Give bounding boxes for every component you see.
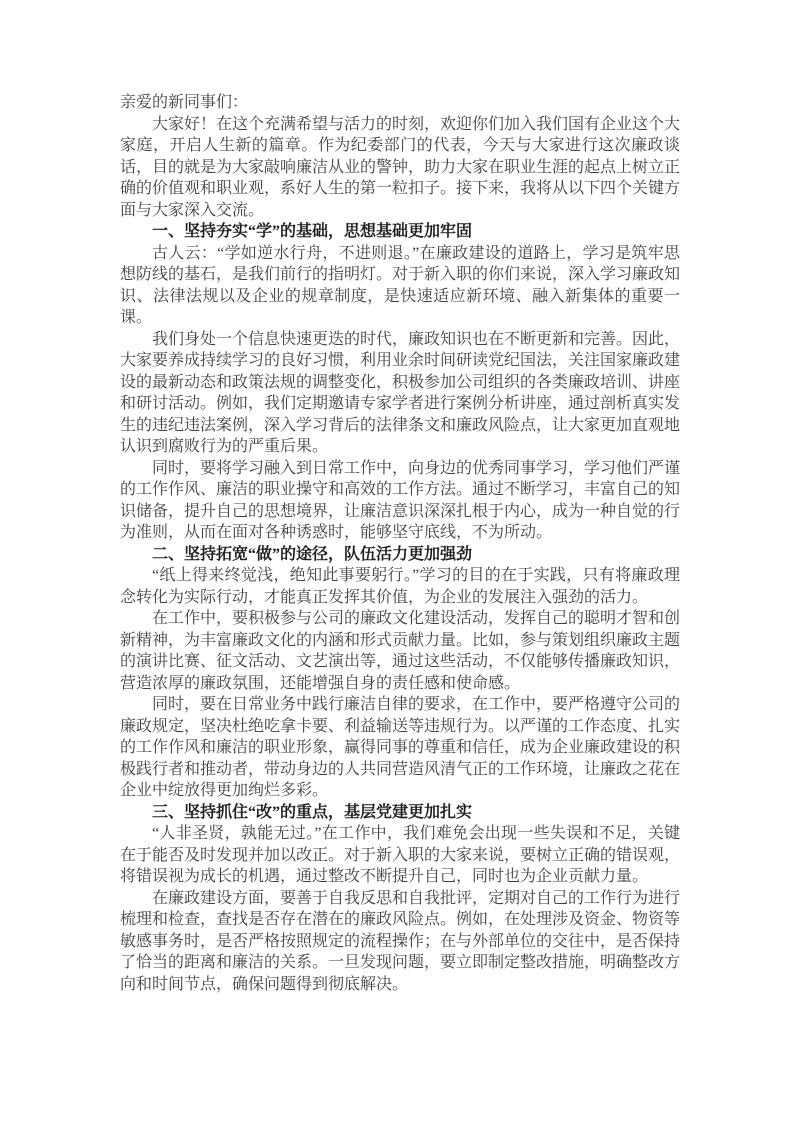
- section-1-paragraph-1: 古人云：“学如逆水行舟，不进则退。”在廉政建设的道路上，学习是筑牢思想防线的基石…: [120, 243, 680, 329]
- intro-paragraph: 大家好！在这个充满希望与活力的时刻，欢迎你们加入我们国有企业这个大家庭，开启人生…: [120, 114, 680, 222]
- document-body: 亲爱的新同事们： 大家好！在这个充满希望与活力的时刻，欢迎你们加入我们国有企业这…: [120, 92, 680, 995]
- salutation-line: 亲爱的新同事们：: [120, 92, 680, 114]
- section-1-heading: 一、坚持夯实“学”的基础，思想基础更加牢固: [120, 221, 680, 243]
- section-3-paragraph-1: “人非圣贤，孰能无过。”在工作中，我们难免会出现一些失误和不足，关键在于能否及时…: [120, 823, 680, 888]
- section-1-paragraph-3: 同时，要将学习融入到日常工作中，向身边的优秀同事学习，学习他们严谨的工作作风、廉…: [120, 458, 680, 544]
- section-2-paragraph-3: 同时，要在日常业务中践行廉洁自律的要求，在工作中，要严格遵守公司的廉政规定，坚决…: [120, 694, 680, 802]
- section-3-heading: 三、坚持抓住“改”的重点，基层党建更加扎实: [120, 802, 680, 824]
- section-3-paragraph-2: 在廉政建设方面，要善于自我反思和自我批评，定期对自己的工作行为进行梳理和检查，查…: [120, 888, 680, 996]
- section-1-paragraph-2: 我们身处一个信息快速更迭的时代，廉政知识也在不断更新和完善。因此，大家要养成持续…: [120, 329, 680, 458]
- section-2-paragraph-1: “纸上得来终觉浅，绝知此事要躬行。”学习的目的在于实践，只有将廉政理念转化为实际…: [120, 565, 680, 608]
- section-2-paragraph-2: 在工作中，要积极参与公司的廉政文化建设活动，发挥自己的聪明才智和创新精神，为丰富…: [120, 608, 680, 694]
- section-2-heading: 二、坚持拓宽“做”的途径，队伍活力更加强劲: [120, 544, 680, 566]
- document-page: 亲爱的新同事们： 大家好！在这个充满希望与活力的时刻，欢迎你们加入我们国有企业这…: [0, 0, 793, 1122]
